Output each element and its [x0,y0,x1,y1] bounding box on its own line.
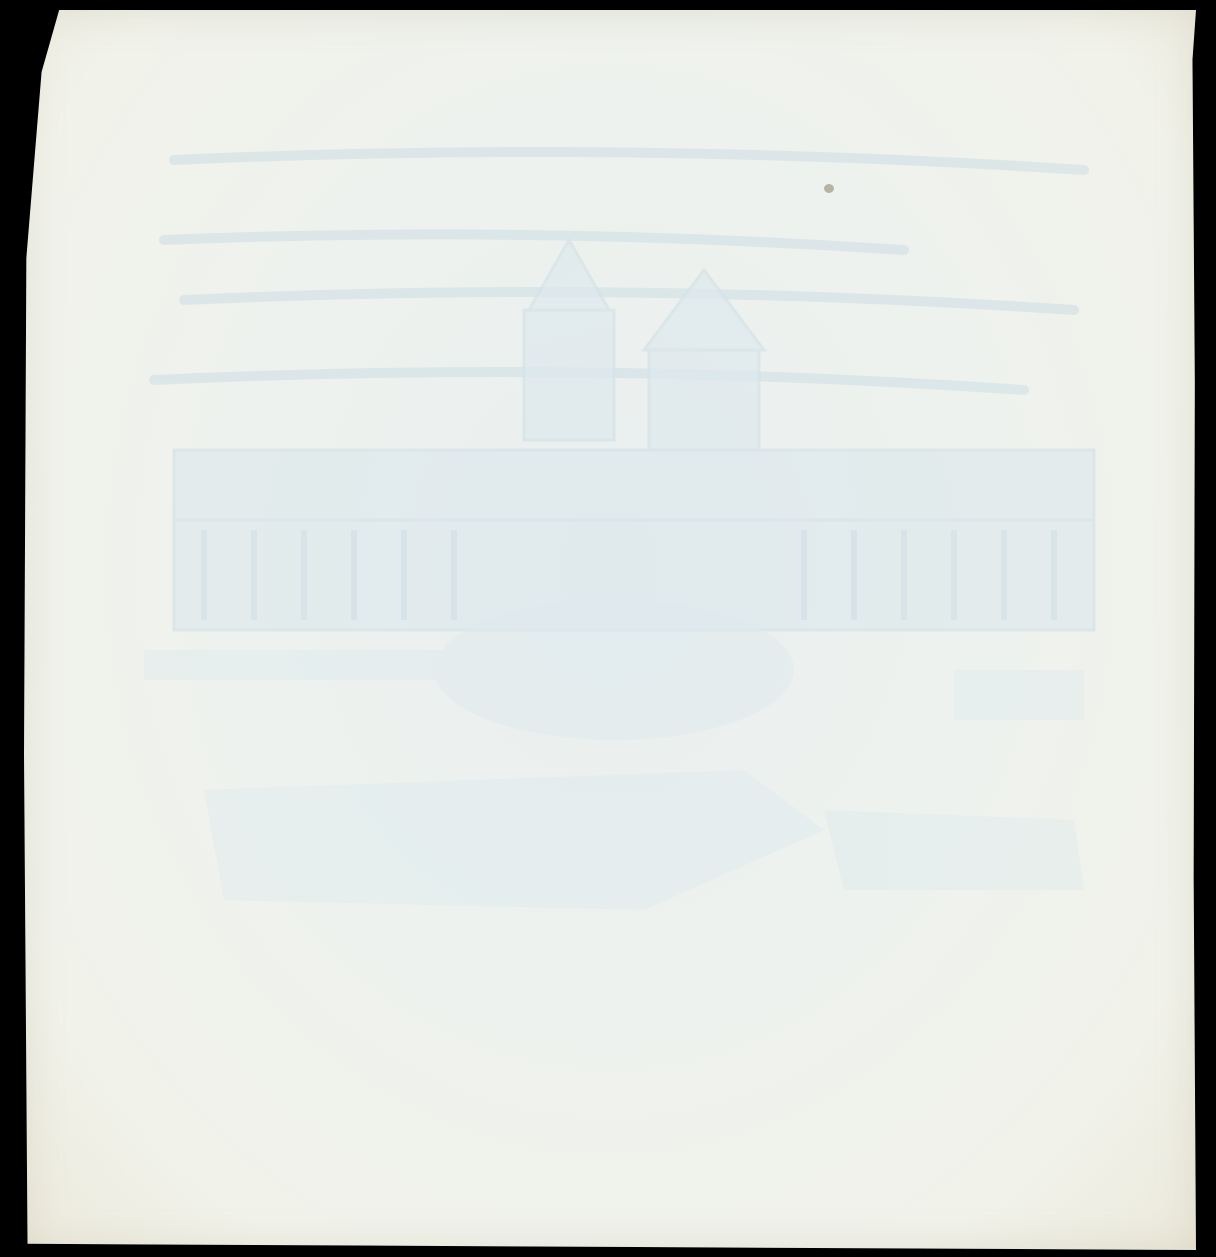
paper-spot [824,184,834,193]
engraving-show-through [24,10,1196,1250]
paper-sheet [24,10,1196,1250]
